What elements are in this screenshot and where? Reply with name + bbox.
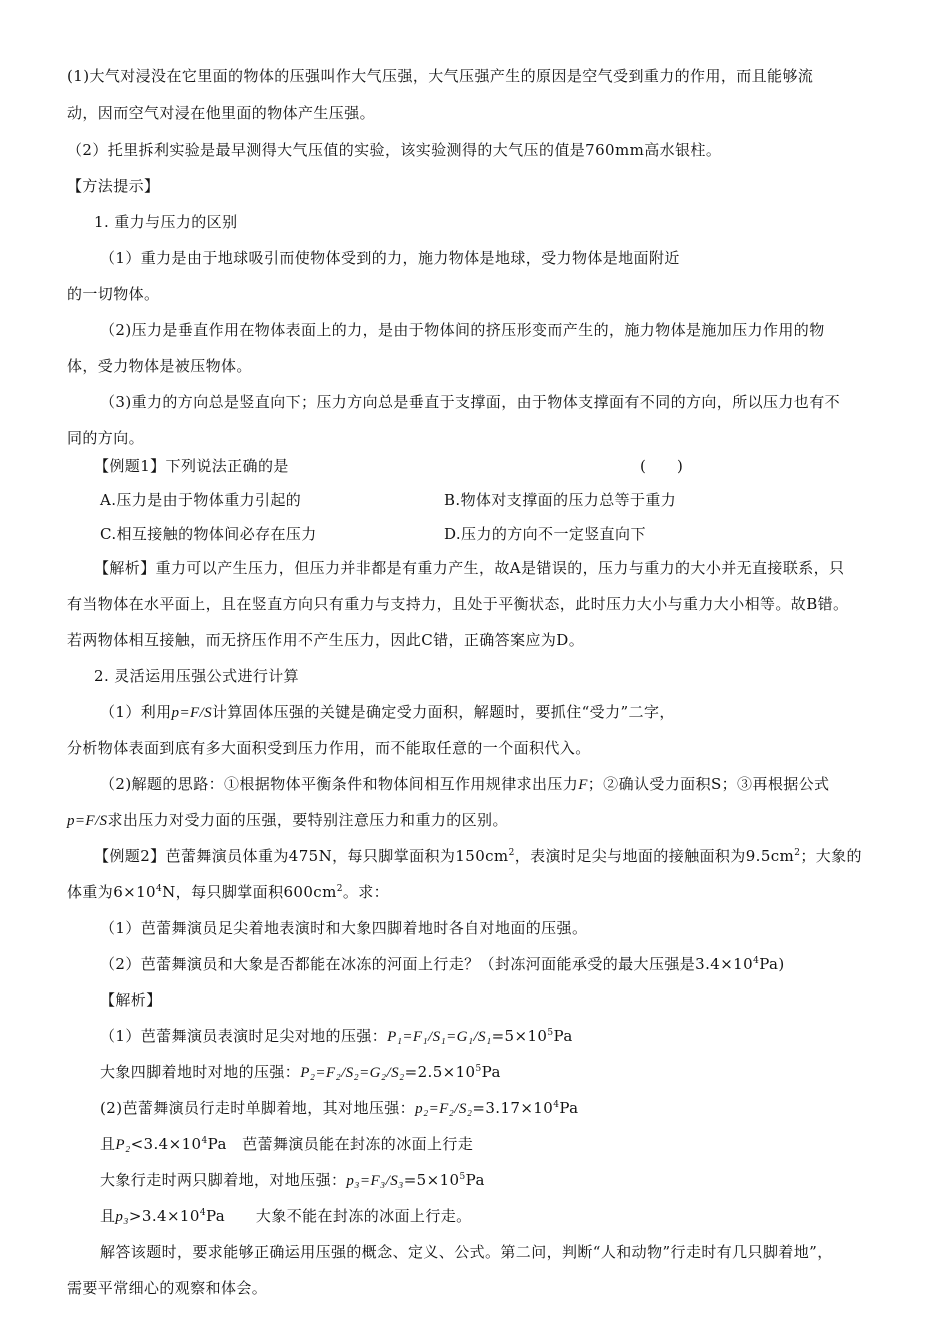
section2-item1-prefix: （1）利用 <box>100 703 172 721</box>
sol5-result: =5×10 <box>404 1171 460 1189</box>
example1-answer-bracket: ( ) <box>640 456 683 476</box>
section1-item3-line1: （3)重力的方向总是竖直向下；压力方向总是垂直于支撑面，由于物体支撑面有不同的方… <box>100 392 840 412</box>
example1-analysis-line1: 【解析】重力可以产生压力，但压力并非都是有重力产生，故A是错误的，压力与重力的大… <box>94 558 844 578</box>
section1-item2-line1: （2)压力是垂直作用在物体表面上的力，是由于物体间的挤压形变而产生的，施力物体是… <box>100 320 825 340</box>
example2-q-part3: ；大象的 <box>800 847 862 865</box>
example2-q-part2: ，表演时足尖与地面的接触面积为9.5cm <box>515 847 794 865</box>
section2-item2-line1: （2)解题的思路：①根据物体平衡条件和物体间相互作用规律求出压力F；②确认受力面… <box>100 774 829 795</box>
section2-item2-suffix: ；②确认受力面积S；③再根据公式 <box>588 775 830 793</box>
summary-line2: 需要平常细心的观察和体会。 <box>67 1278 267 1298</box>
example2-sub2-part1: （2）芭蕾舞演员和大象是否都能在冰冻的河面上行走？（封冻河面能承受的最大压强是3… <box>100 955 753 973</box>
section2-item2-line2-suffix: 求出压力对受力面的压强，要特别注意压力和重力的区别。 <box>107 811 507 829</box>
sol6-var: p₃ <box>115 1209 129 1225</box>
sol1-result: =5×10 <box>492 1027 548 1045</box>
sol4-mid: <3.4×10 <box>131 1135 202 1153</box>
sol1-formula: P₁=F₁/S₁=G₁/S₁ <box>387 1029 491 1045</box>
section1-item3-line2: 同的方向。 <box>67 428 144 448</box>
pressure-formula: p=F/S <box>172 705 212 721</box>
sol4-var: P₂ <box>115 1137 130 1153</box>
example1-analysis-line3: 若两物体相互接触，而无挤压作用不产生压力，因此C错，正确答案应为D。 <box>67 630 584 650</box>
section1-item1-line2: 的一切物体。 <box>67 284 159 304</box>
sol3-prefix: (2)芭蕾舞演员行走时单脚着地，其对地压强： <box>100 1099 415 1117</box>
solution-line2: 大象四脚着地时对地的压强：P₂=F₂/S₂=G₂/S₂=2.5×105Pa <box>100 1062 501 1083</box>
section2-item2-prefix: （2)解题的思路：①根据物体平衡条件和物体间相互作用规律求出压力 <box>100 775 578 793</box>
solution-line4: 且P₂<3.4×104Pa 芭蕾舞演员能在封冻的冰面上行走 <box>100 1134 473 1155</box>
sol1-unit: Pa <box>554 1027 573 1045</box>
example2-question-line1: 【例题2】芭蕾舞演员体重为475N，每只脚掌面积为150cm2，表演时足尖与地面… <box>94 846 862 866</box>
example2-line2-part3: 。求： <box>343 883 389 901</box>
example2-analysis-heading: 【解析】 <box>100 990 162 1010</box>
example1-option-a: A.压力是由于物体重力引起的 <box>100 490 301 510</box>
sol3-unit: Pa <box>559 1099 578 1117</box>
sol6-prefix: 且 <box>100 1207 115 1225</box>
solution-line1: （1）芭蕾舞演员表演时足尖对地的压强：P₁=F₁/S₁=G₁/S₁=5×105P… <box>100 1026 573 1047</box>
example1-option-b: B.物体对支撑面的压力总等于重力 <box>444 490 676 510</box>
example1-option-c: C.相互接触的物体间必存在压力 <box>100 524 317 544</box>
sol5-formula: p₃=F₃/S₃ <box>346 1173 403 1189</box>
section2-item1-suffix: 计算固体压强的关键是确定受力面积，解题时，要抓住“受力”二字， <box>212 703 675 721</box>
sol4-prefix: 且 <box>100 1135 115 1153</box>
sol2-formula: P₂=F₂/S₂=G₂/S₂ <box>300 1065 404 1081</box>
example2-sub2: （2）芭蕾舞演员和大象是否都能在冰冻的河面上行走？（封冻河面能承受的最大压强是3… <box>100 954 785 974</box>
sol6-suffix: Pa 大象不能在封冻的冰面上行走。 <box>206 1207 472 1225</box>
section2-item1-line1: （1）利用p=F/S计算固体压强的关键是确定受力面积，解题时，要抓住“受力”二字… <box>100 702 675 723</box>
example1-analysis-line2: 有当物体在水平面上，且在竖直方向只有重力与支持力，且处于平衡状态，此时压力大小与… <box>67 594 848 614</box>
solution-line3: (2)芭蕾舞演员行走时单脚着地，其对地压强：p₂=F₂/S₂=3.17×104P… <box>100 1098 579 1119</box>
example2-sub1: （1）芭蕾舞演员足尖着地表演时和大象四脚着地时各自对地面的压强。 <box>100 918 587 938</box>
sol2-result: =2.5×10 <box>405 1063 476 1081</box>
section1-item2-line2: 体，受力物体是被压物体。 <box>67 356 252 376</box>
pressure-formula: p=F/S <box>67 813 107 829</box>
example2-q-part1: 【例题2】芭蕾舞演员体重为475N，每只脚掌面积为150cm <box>94 847 509 865</box>
intro-p1-line2: 动，因而空气对浸在他里面的物体产生压强。 <box>67 103 375 123</box>
section2-item2-line2: p=F/S求出压力对受力面的压强，要特别注意压力和重力的区别。 <box>67 810 508 831</box>
force-variable: F <box>578 777 588 793</box>
summary-line1: 解答该题时，要求能够正确运用压强的概念、定义、公式。第二问，判断“人和动物”行走… <box>100 1242 833 1262</box>
example1-option-d: D.压力的方向不一定竖直向下 <box>444 524 646 544</box>
sol6-mid: >3.4×10 <box>129 1207 200 1225</box>
example2-line2-part2: N，每只脚掌面积600cm <box>162 883 337 901</box>
example2-question-line2: 体重为6×104N，每只脚掌面积600cm2。求： <box>67 882 389 902</box>
section2-item1-line2: 分析物体表面到底有多大面积受到压力作用，而不能取任意的一个面积代入。 <box>67 738 591 758</box>
example2-line2-part1: 体重为6×10 <box>67 883 156 901</box>
sol2-prefix: 大象四脚着地时对地的压强： <box>100 1063 300 1081</box>
sol5-unit: Pa <box>466 1171 485 1189</box>
sol1-prefix: （1）芭蕾舞演员表演时足尖对地的压强： <box>100 1027 387 1045</box>
intro-p1-line1: (1)大气对浸没在它里面的物体的压强叫作大气压强，大气压强产生的原因是空气受到重… <box>67 66 813 86</box>
sol4-suffix: Pa 芭蕾舞演员能在封冻的冰面上行走 <box>208 1135 474 1153</box>
method-heading: 【方法提示】 <box>67 176 159 196</box>
section1-item1-line1: （1）重力是由于地球吸引而使物体受到的力，施力物体是地球，受力物体是地面附近 <box>100 248 680 268</box>
section1-title: 1. 重力与压力的区别 <box>94 212 237 232</box>
solution-line5: 大象行走时两只脚着地，对地压强：p₃=F₃/S₃=5×105Pa <box>100 1170 485 1191</box>
sol5-prefix: 大象行走时两只脚着地，对地压强： <box>100 1171 346 1189</box>
example2-sub2-part2: Pa) <box>759 955 784 973</box>
sol3-formula: p₂=F₂/S₂ <box>415 1101 472 1117</box>
section2-title: 2. 灵活运用压强公式进行计算 <box>94 666 299 686</box>
example1-question: 【例题1】下列说法正确的是 <box>94 456 289 476</box>
intro-p2: （2）托里拆利实验是最早测得大气压值的实验，该实验测得的大气压的值是760mm高… <box>67 140 721 160</box>
sol3-result: =3.17×10 <box>472 1099 553 1117</box>
sol2-unit: Pa <box>482 1063 501 1081</box>
solution-line6: 且p₃>3.4×104Pa 大象不能在封冻的冰面上行走。 <box>100 1206 472 1227</box>
